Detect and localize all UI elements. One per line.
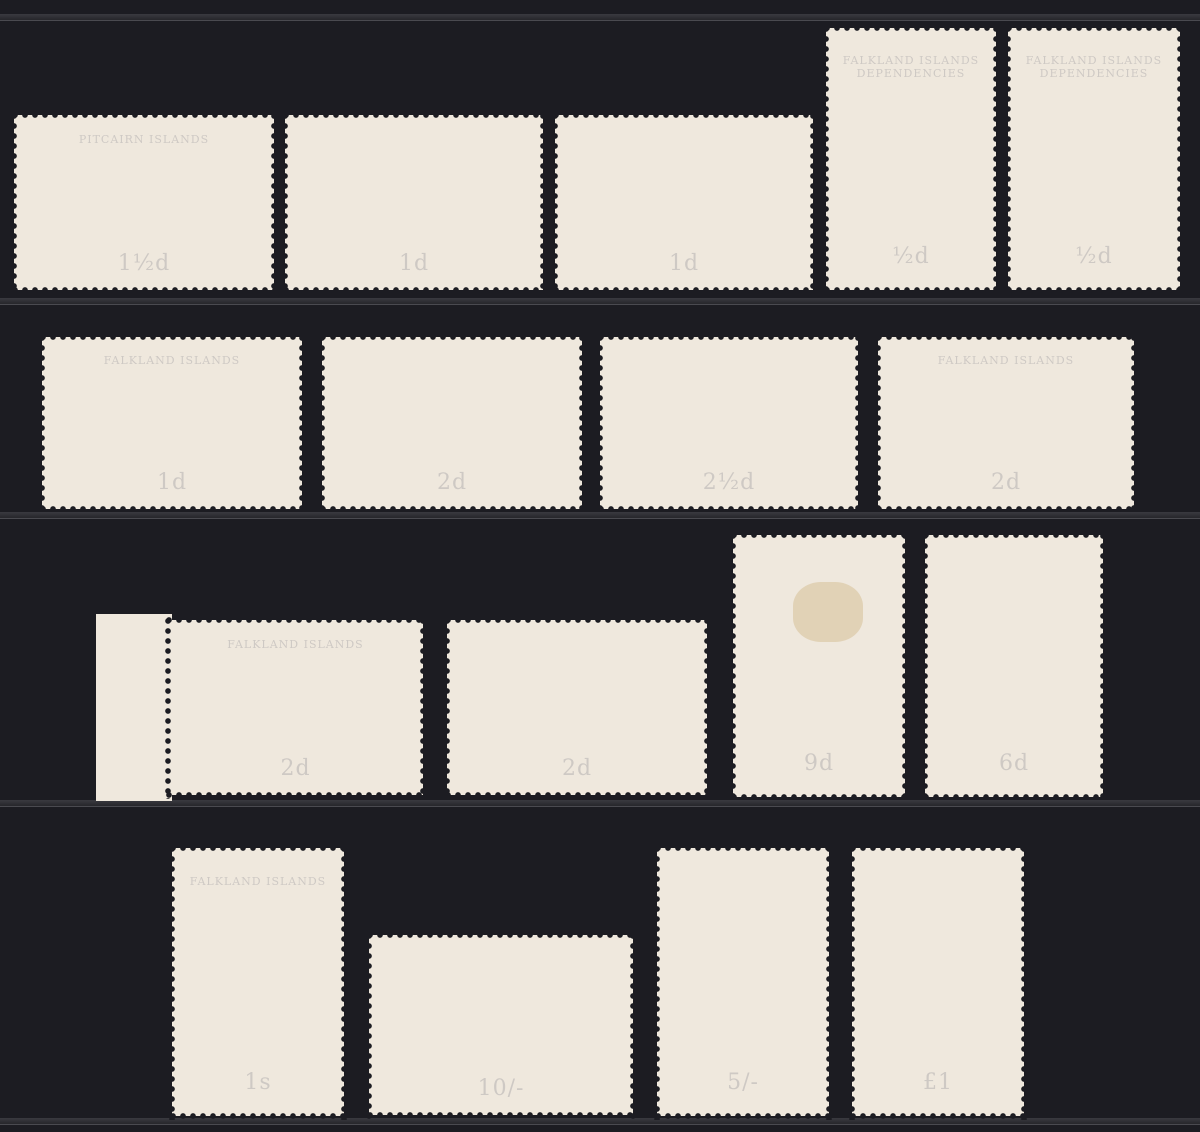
- show-through-value: 9d: [733, 751, 905, 776]
- stockcard-strip: [0, 298, 1200, 305]
- show-through-value: 2d: [168, 756, 423, 781]
- show-through-value: 1½d: [14, 251, 274, 276]
- stamp-back: 1d: [285, 115, 543, 290]
- stamp-back: 1d: [555, 115, 813, 290]
- show-through-value: 1d: [42, 470, 302, 495]
- stamp-back: FALKLAND ISLANDS2d: [168, 620, 423, 795]
- show-through-value: 2d: [447, 756, 707, 781]
- show-through-title: FALKLAND ISLANDS: [168, 638, 423, 651]
- stamp-back: FALKLAND ISLANDS1d: [42, 337, 302, 509]
- stamp-back: FALKLAND ISLANDS1s: [172, 848, 344, 1116]
- show-through-value: 1s: [172, 1070, 344, 1095]
- stamp-back: 9d: [733, 535, 905, 797]
- show-through-value: 2½d: [600, 470, 858, 495]
- stamp-back: £1: [852, 848, 1024, 1116]
- stamp-back: 5/-: [657, 848, 829, 1116]
- show-through-value: ½d: [1008, 244, 1180, 269]
- stamp-back: 2½d: [600, 337, 858, 509]
- show-through-value: 6d: [925, 751, 1103, 776]
- stamp-back: FALKLAND ISLANDS2d: [878, 337, 1134, 509]
- show-through-value: 2d: [322, 470, 582, 495]
- hinge-stain: [793, 582, 863, 642]
- show-through-value: ½d: [826, 244, 996, 269]
- show-through-value: 2d: [878, 470, 1134, 495]
- stockcard-strip: [0, 800, 1200, 807]
- sheet-margin: [96, 614, 172, 801]
- show-through-value: 10/-: [369, 1076, 633, 1101]
- show-through-title: PITCAIRN ISLANDS: [14, 133, 274, 146]
- stamp-back: 10/-: [369, 935, 633, 1115]
- stockcard-strip: [0, 1118, 1200, 1125]
- stockcard-strip: [0, 14, 1200, 21]
- show-through-title: FALKLAND ISLANDS DEPENDENCIES: [1008, 54, 1180, 80]
- stamp-back: 2d: [447, 620, 707, 795]
- stamp-back: FALKLAND ISLANDS DEPENDENCIES½d: [1008, 28, 1180, 290]
- stockcard-strip: [0, 512, 1200, 519]
- show-through-title: FALKLAND ISLANDS: [42, 354, 302, 367]
- stamp-back: 2d: [322, 337, 582, 509]
- show-through-title: FALKLAND ISLANDS: [172, 875, 344, 888]
- stamp-back: PITCAIRN ISLANDS1½d: [14, 115, 274, 290]
- show-through-value: 1d: [555, 251, 813, 276]
- show-through-value: £1: [852, 1070, 1024, 1095]
- show-through-title: FALKLAND ISLANDS DEPENDENCIES: [826, 54, 996, 80]
- stamp-back: FALKLAND ISLANDS DEPENDENCIES½d: [826, 28, 996, 290]
- show-through-value: 5/-: [657, 1070, 829, 1095]
- show-through-value: 1d: [285, 251, 543, 276]
- stamp-back: 6d: [925, 535, 1103, 797]
- show-through-title: FALKLAND ISLANDS: [878, 354, 1134, 367]
